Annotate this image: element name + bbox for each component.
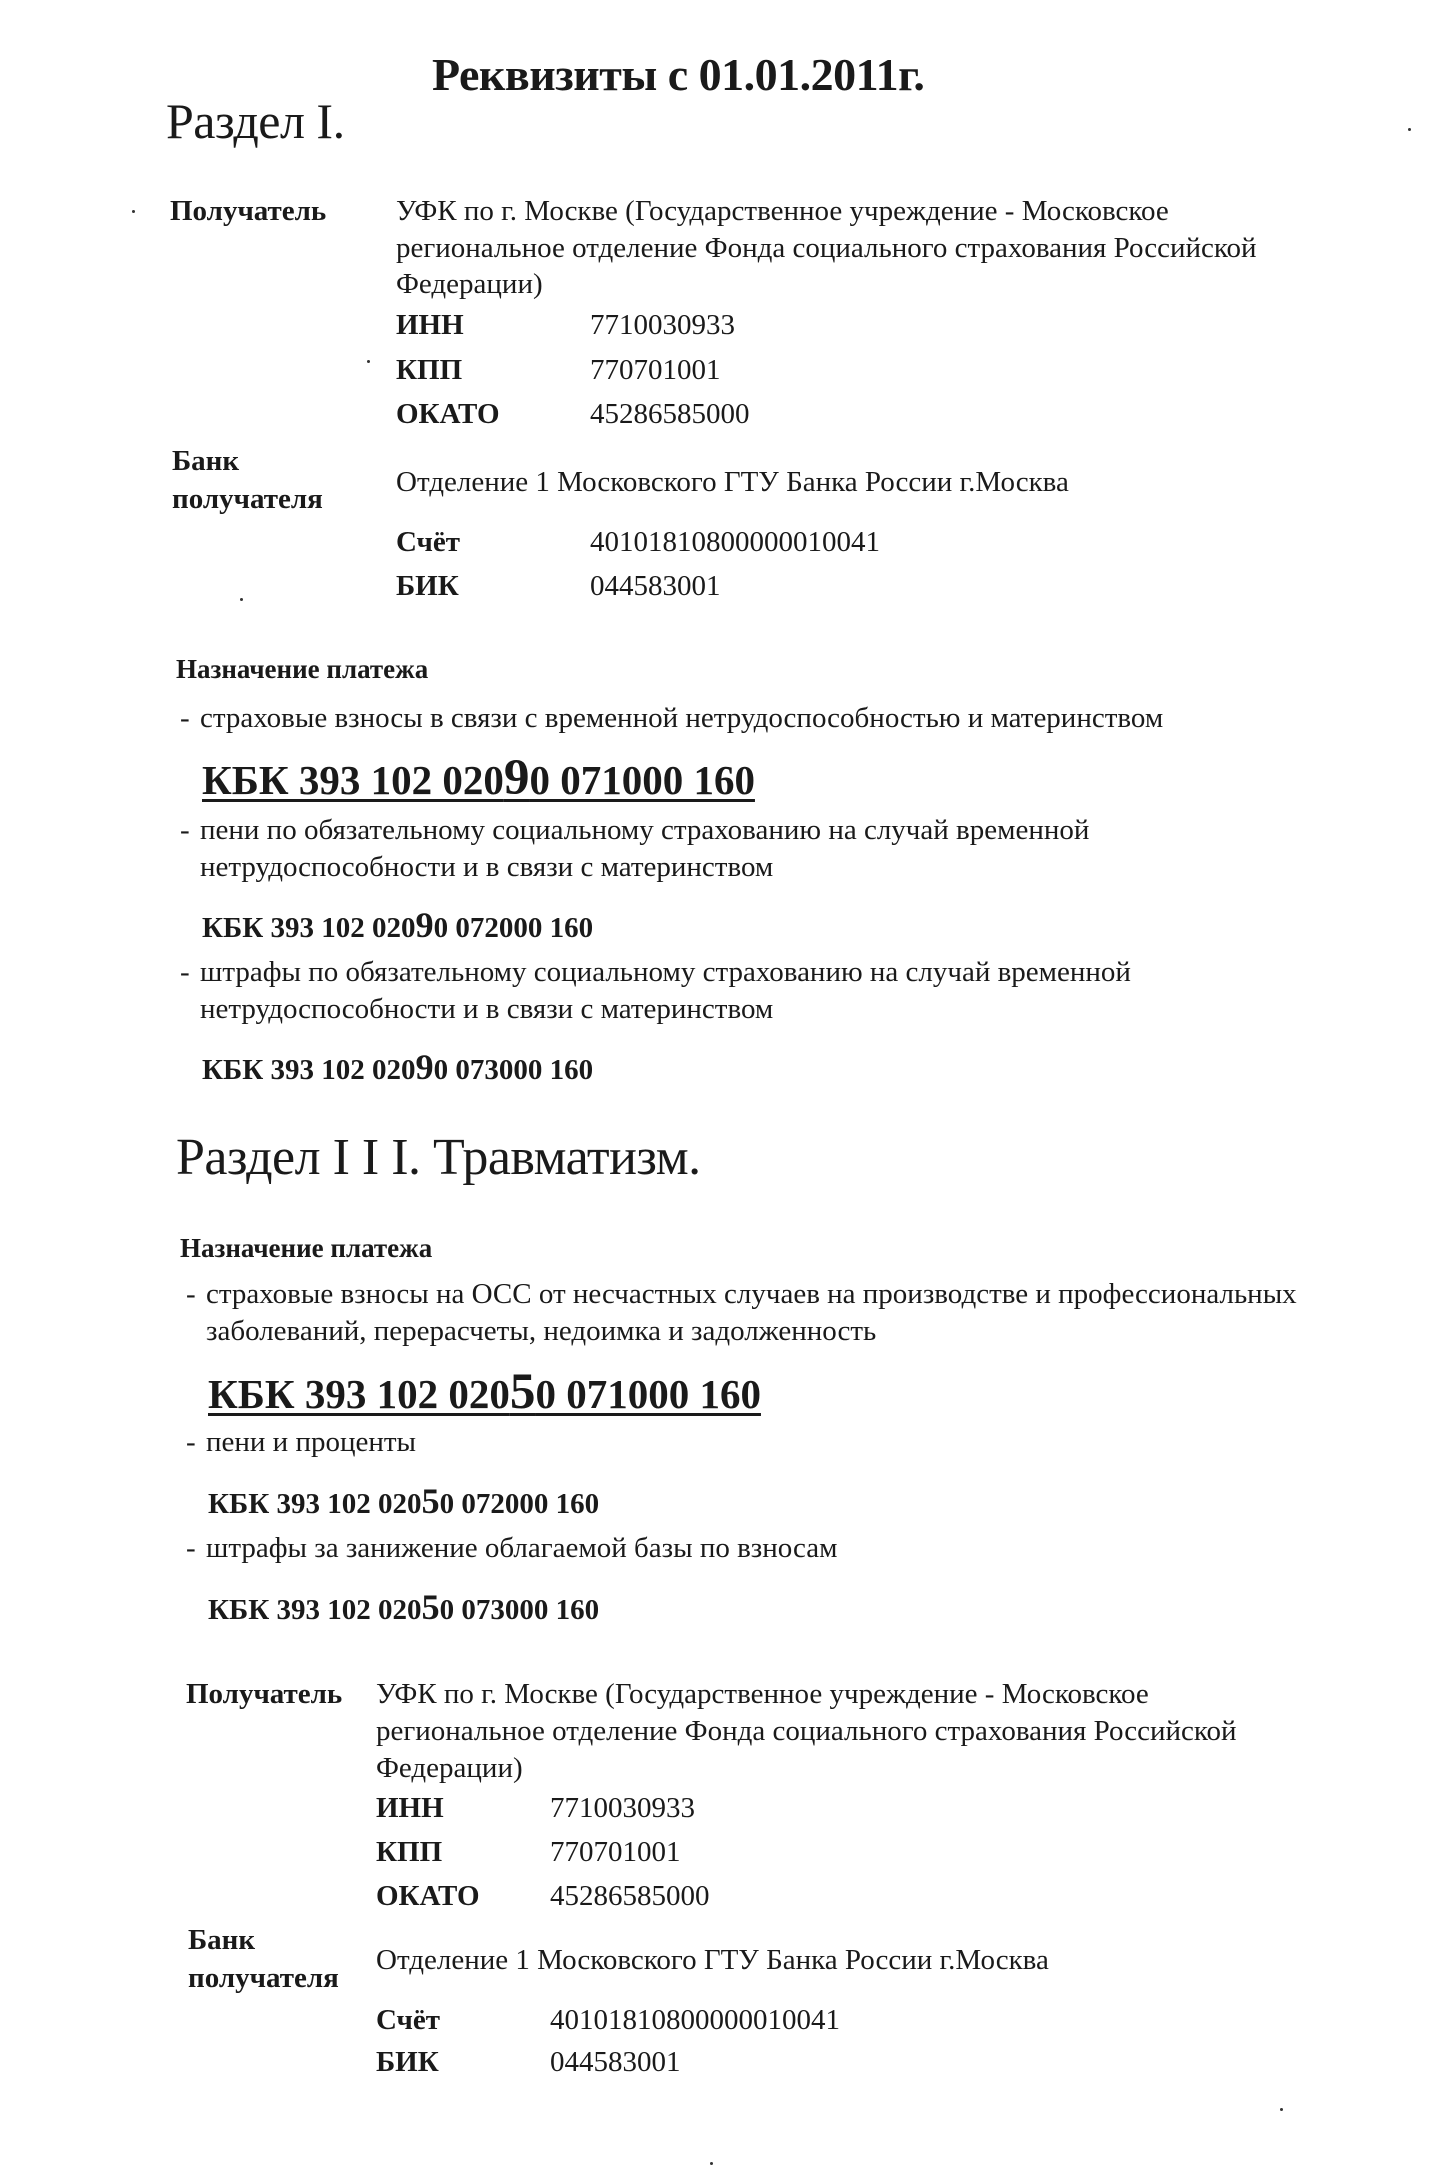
scan-speck <box>240 598 243 601</box>
bank-name: Отделение 1 Московского ГТУ Банка России… <box>396 464 1069 501</box>
purpose-item-text: страховые взносы в связи с временной нет… <box>200 702 1163 734</box>
bik-value: 044583001 <box>590 568 721 605</box>
bank-label-line-1: Банк <box>172 445 239 478</box>
bank-label-line-2: получателя <box>172 483 323 516</box>
purpose-item-2: пени по обязательному социальному страхо… <box>200 812 1089 886</box>
kpp-value: 770701001 <box>590 352 721 389</box>
purpose-heading: Назначение платежа <box>180 1233 432 1264</box>
purpose-item-3: штрафы по обязательному социальному стра… <box>200 954 1131 1028</box>
purpose-item-1: страховые взносы на ОСС от несчастных сл… <box>206 1276 1297 1350</box>
inn-label: ИНН <box>376 1792 444 1825</box>
scan-speck <box>132 210 135 213</box>
document-title: Реквизиты с 01.01.2011г. <box>432 48 924 101</box>
okato-label: ОКАТО <box>396 398 500 431</box>
inn-value: 7710030933 <box>590 307 735 344</box>
recipient-line-3: Федерации) <box>396 266 543 303</box>
recipient-line-2: региональное отделение Фонда социального… <box>376 1713 1237 1750</box>
inn-label: ИНН <box>396 309 464 342</box>
recipient-line-1: УФК по г. Москве (Государственное учрежд… <box>376 1676 1149 1713</box>
purpose-item-2: пени и проценты <box>206 1424 416 1461</box>
recipient-label: Получатель <box>186 1678 342 1711</box>
purpose-heading: Назначение платежа <box>176 654 428 685</box>
account-label: Счёт <box>396 526 460 559</box>
scan-speck <box>1280 2108 1283 2111</box>
bik-label: БИК <box>396 570 459 603</box>
account-value: 40101810800000010041 <box>590 524 880 561</box>
scan-speck <box>710 2162 713 2165</box>
kpp-value: 770701001 <box>550 1834 681 1871</box>
okato-value: 45286585000 <box>550 1878 710 1915</box>
recipient-line-1: УФК по г. Москве (Государственное учрежд… <box>396 193 1169 230</box>
bank-label-line-2: получателя <box>188 1962 339 1995</box>
inn-value: 7710030933 <box>550 1790 695 1827</box>
section-1-heading: Раздел I. <box>166 92 345 150</box>
recipient-label: Получатель <box>170 195 326 228</box>
kbk-code: КБК 393 102 02050 073000 160 <box>208 1586 599 1628</box>
purpose-item-1: страховые взносы в связи с временной нет… <box>200 700 1163 737</box>
kpp-label: КПП <box>396 354 462 387</box>
kbk-code: КБК 393 102 02090 072000 160 <box>202 904 593 946</box>
recipient-line-2: региональное отделение Фонда социального… <box>396 230 1257 267</box>
bik-label: БИК <box>376 2046 439 2079</box>
section-3-heading: Раздел I I I. Травматизм. <box>176 1128 701 1187</box>
purpose-item-3: штрафы за занижение облагаемой базы по в… <box>206 1530 837 1567</box>
account-value: 40101810800000010041 <box>550 2002 840 2039</box>
kbk-code: КБК 393 102 02090 073000 160 <box>202 1046 593 1088</box>
okato-value: 45286585000 <box>590 396 750 433</box>
account-label: Счёт <box>376 2004 440 2037</box>
kpp-label: КПП <box>376 1836 442 1869</box>
scan-speck <box>367 360 370 363</box>
kbk-code-primary: КБК 393 102 02090 071000 160 <box>202 748 755 807</box>
scan-speck <box>1408 128 1411 131</box>
okato-label: ОКАТО <box>376 1880 480 1913</box>
kbk-code: КБК 393 102 02050 072000 160 <box>208 1480 599 1522</box>
recipient-line-3: Федерации) <box>376 1750 523 1787</box>
bik-value: 044583001 <box>550 2044 681 2081</box>
kbk-code-primary: КБК 393 102 02050 071000 160 <box>208 1362 761 1421</box>
bank-name: Отделение 1 Московского ГТУ Банка России… <box>376 1942 1049 1979</box>
bank-label-line-1: Банк <box>188 1924 255 1957</box>
